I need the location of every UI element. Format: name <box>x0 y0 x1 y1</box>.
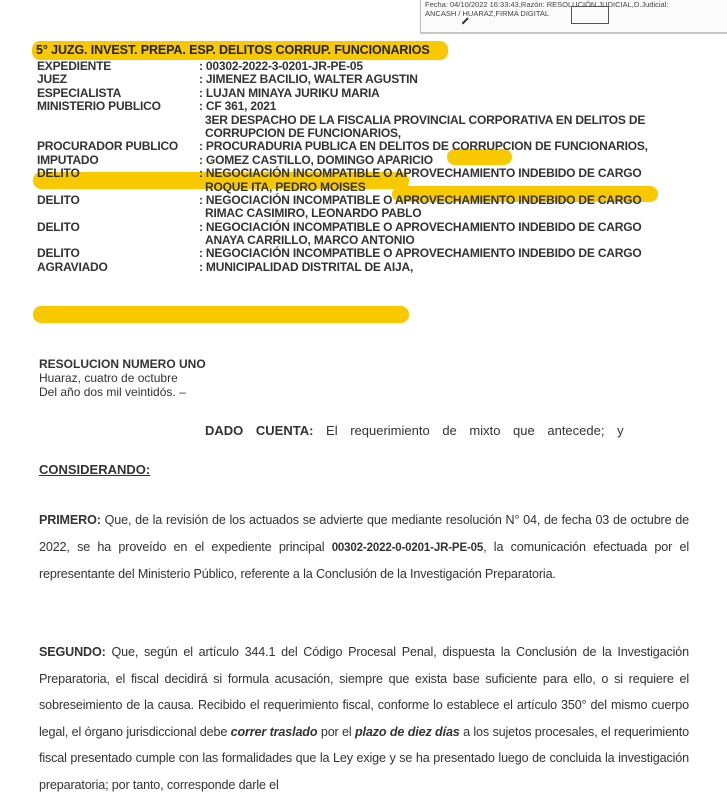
digital-signature-stamp: Fecha: 04/10/2022 16:33:43,Razón: RESOLU… <box>420 0 727 34</box>
metadata-label: EXPEDIENTE <box>37 60 111 73</box>
metadata-row: AGRAVIADO: MUNICIPALIDAD DISTRITAL DE AI… <box>37 261 727 274</box>
metadata-row: CORRUPCION DE FUNCIONARIOS, <box>37 127 727 140</box>
stamp-box <box>571 6 609 24</box>
metadata-value: : NEGOCIACIÓN INCOMPATIBLE O APROVECHAMI… <box>199 221 642 234</box>
signature-mark-icon <box>462 17 469 24</box>
metadata-row: PROCURADOR PUBLICO: PROCURADURIA PUBLICA… <box>37 140 727 153</box>
metadata-label: DELITO <box>37 194 80 207</box>
metadata-row: MINISTERIO PUBLICO: CF 361, 2021 <box>37 100 727 113</box>
metadata-row: DELITO: NEGOCIACIÓN INCOMPATIBLE O APROV… <box>37 247 727 260</box>
segundo-emphasis-1: correr traslado <box>231 725 318 739</box>
considerando-heading: CONSIDERANDO: <box>39 462 150 477</box>
metadata-label: JUEZ <box>37 73 67 86</box>
metadata-row: 3ER DESPACHO DE LA FISCALIA PROVINCIAL C… <box>37 114 727 127</box>
dado-label: DADO CUENTA: <box>205 423 313 438</box>
metadata-row: DELITO: NEGOCIACIÓN INCOMPATIBLE O APROV… <box>37 167 727 180</box>
court-name: 5° JUZG. INVEST. PREPA. ESP. DELITOS COR… <box>32 41 448 60</box>
metadata-row: JUEZ: JIMENEZ BACILIO, WALTER AGUSTIN <box>37 73 727 86</box>
metadata-value: 3ER DESPACHO DE LA FISCALIA PROVINCIAL C… <box>205 114 645 127</box>
resolution-place-date: Huaraz, cuatro de octubre <box>39 371 206 385</box>
metadata-row: RIMAC CASIMIRO, LEONARDO PABLO <box>37 207 727 220</box>
metadata-value: : CF 361, 2021 <box>199 100 276 113</box>
metadata-value: : NEGOCIACIÓN INCOMPATIBLE O APROVECHAMI… <box>199 194 642 207</box>
metadata-row: DELITO: NEGOCIACIÓN INCOMPATIBLE O APROV… <box>37 194 727 207</box>
resolution-heading: RESOLUCION NUMERO UNO Huaraz, cuatro de … <box>39 357 206 399</box>
expediente-principal: 00302-2022-0-0201-JR-PE-05 <box>332 542 483 554</box>
metadata-row: DELITO: NEGOCIACIÓN INCOMPATIBLE O APROV… <box>37 221 727 234</box>
metadata-row: EXPEDIENTE: 00302-2022-3-0201-JR-PE-05 <box>37 60 727 73</box>
metadata-label: AGRAVIADO <box>37 261 108 274</box>
metadata-label: DELITO <box>37 247 80 260</box>
metadata-label: DELITO <box>37 167 80 180</box>
segundo-text-2: por el <box>317 725 355 739</box>
case-metadata: EXPEDIENTE: 00302-2022-3-0201-JR-PE-05JU… <box>37 60 727 274</box>
metadata-label: PROCURADOR PUBLICO <box>37 140 178 153</box>
metadata-value: : PROCURADURIA PUBLICA EN DELITOS DE COR… <box>199 140 648 153</box>
resolution-title: RESOLUCION NUMERO UNO <box>39 357 206 371</box>
paragraph-segundo: SEGUNDO: Que, según el artículo 344.1 de… <box>39 639 689 798</box>
primero-label: PRIMERO: <box>39 513 101 527</box>
metadata-value: CORRUPCION DE FUNCIONARIOS, <box>205 127 401 140</box>
metadata-value: : MUNICIPALIDAD DISTRITAL DE AIJA, <box>199 261 413 274</box>
metadata-value: RIMAC CASIMIRO, LEONARDO PABLO <box>205 207 421 220</box>
segundo-label: SEGUNDO: <box>39 645 106 659</box>
segundo-emphasis-2: plazo de diez días <box>355 725 460 739</box>
metadata-label: MINISTERIO PUBLICO <box>37 100 161 113</box>
metadata-value: : JIMENEZ BACILIO, WALTER AGUSTIN <box>199 73 418 86</box>
dado-text: El requerimiento de mixto que antecede; … <box>326 423 624 438</box>
metadata-row: ESPECIALISTA: LUJAN MINAYA JURIKU MARIA <box>37 87 727 100</box>
metadata-row: ROQUE ITA, PEDRO MOISES <box>37 181 727 194</box>
metadata-value: ROQUE ITA, PEDRO MOISES <box>205 181 366 194</box>
metadata-value: : LUJAN MINAYA JURIKU MARIA <box>199 87 380 100</box>
dado-cuenta: DADO CUENTA: El requerimiento de mixto q… <box>205 423 624 438</box>
metadata-value: : NEGOCIACIÓN INCOMPATIBLE O APROVECHAMI… <box>199 247 642 260</box>
metadata-label: ESPECIALISTA <box>37 87 121 100</box>
metadata-label: DELITO <box>37 221 80 234</box>
highlight-agraviado <box>33 306 409 323</box>
metadata-value: : NEGOCIACIÓN INCOMPATIBLE O APROVECHAMI… <box>199 167 642 180</box>
metadata-label: IMPUTADO <box>37 154 99 167</box>
paragraph-primero: PRIMERO: Que, de la revisión de los actu… <box>39 507 689 588</box>
resolution-year: Del año dos mil veintidós. – <box>39 385 206 399</box>
metadata-value: : 00302-2022-3-0201-JR-PE-05 <box>199 60 363 73</box>
